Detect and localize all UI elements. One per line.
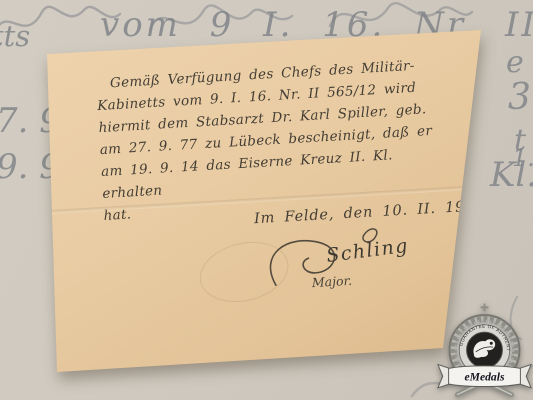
banner-ribbon: eMedals xyxy=(438,365,531,388)
signature-rank: Major. xyxy=(311,273,352,290)
certificate-content: Gemäß Verfügung des Chefs des Militär- K… xyxy=(38,26,480,374)
emedals-watermark-badge: GUARANTEE OF AUTHENTICITY eMedals xyxy=(436,301,533,400)
emedals-brand-text: eMedals xyxy=(464,371,505,384)
photo-canvas: tts vom 9 I. 16. Nr. II 565 7. 9. 9. 9. … xyxy=(0,0,533,400)
